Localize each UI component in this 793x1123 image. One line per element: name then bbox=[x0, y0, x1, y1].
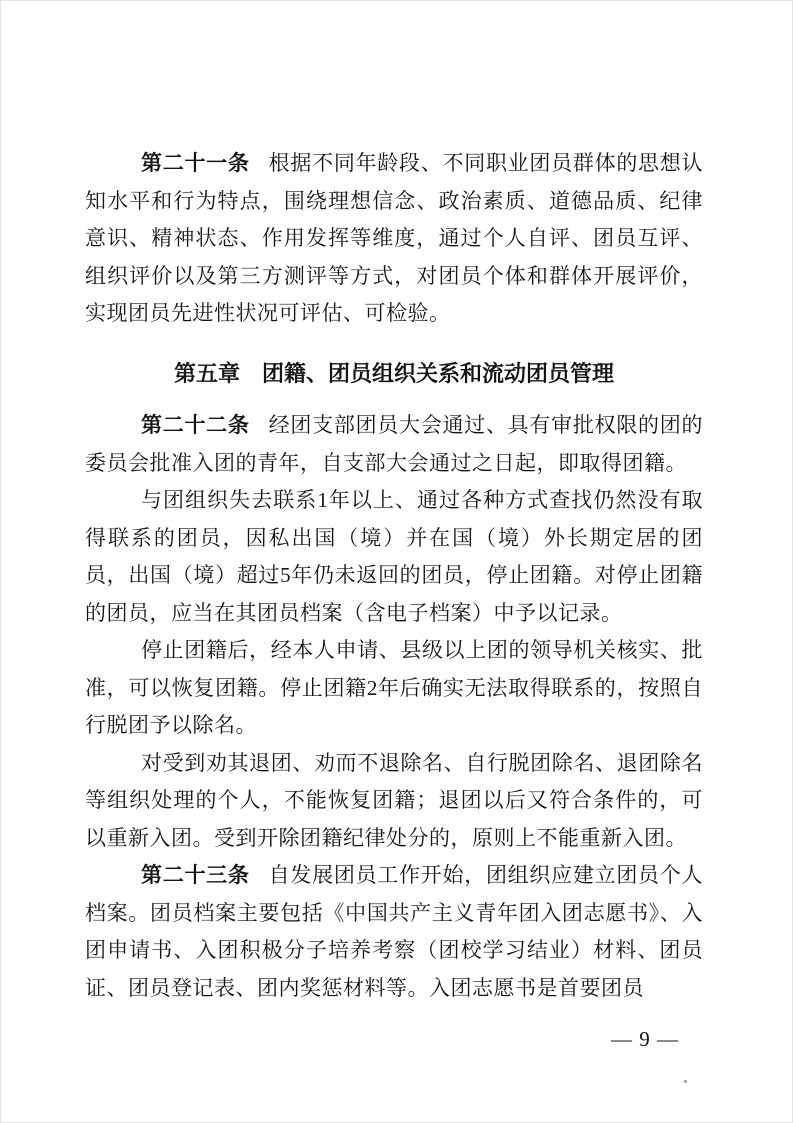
paragraph-article-23: 第二十三条自发展团员工作开始，团组织应建立团员个人档案。团员档案主要包括《中国共… bbox=[85, 857, 703, 1007]
paragraph-expulsion-rules: 对受到劝其退团、劝而不退除名、自行脱团除名、退团除名等组织处理的个人，不能恢复团… bbox=[85, 745, 703, 858]
paragraph-text: 与团组织失去联系1年以上、通过各种方式查找仍然没有取得联系的团员，因私出国（境）… bbox=[85, 488, 703, 625]
paragraph-membership-suspension: 与团组织失去联系1年以上、通过各种方式查找仍然没有取得联系的团员，因私出国（境）… bbox=[85, 482, 703, 632]
document-content: 第二十一条根据不同年龄段、不同职业团员群体的思想认知水平和行为特点，围绕理想信念… bbox=[85, 145, 703, 1007]
paragraph-article-22: 第二十二条经团支部团员大会通过、具有审批权限的团的委员会批准入团的青年，自支部大… bbox=[85, 407, 703, 482]
paragraph-text: 对受到劝其退团、劝而不退除名、自行脱团除名、退团除名等组织处理的个人，不能恢复团… bbox=[85, 751, 703, 850]
paragraph-membership-restoration: 停止团籍后，经本人申请、县级以上团的领导机关核实、批准，可以恢复团籍。停止团籍2… bbox=[85, 632, 703, 745]
page-number: — 9 — bbox=[611, 1021, 679, 1057]
document-page: 第二十一条根据不同年龄段、不同职业团员群体的思想认知水平和行为特点，围绕理想信念… bbox=[0, 0, 793, 1123]
article-23-number: 第二十三条 bbox=[141, 863, 250, 887]
scan-artifact-dot bbox=[684, 1080, 687, 1083]
paragraph-article-21: 第二十一条根据不同年龄段、不同职业团员群体的思想认知水平和行为特点，围绕理想信念… bbox=[85, 145, 703, 333]
paragraph-text: 根据不同年龄段、不同职业团员群体的思想认知水平和行为特点，围绕理想信念、政治素质… bbox=[85, 151, 703, 325]
article-21-number: 第二十一条 bbox=[141, 151, 250, 175]
article-22-number: 第二十二条 bbox=[141, 413, 250, 437]
chapter-5-heading: 第五章 团籍、团员组织关系和流动团员管理 bbox=[85, 355, 703, 393]
paragraph-text: 停止团籍后，经本人申请、县级以上团的领导机关核实、批准，可以恢复团籍。停止团籍2… bbox=[85, 638, 703, 737]
